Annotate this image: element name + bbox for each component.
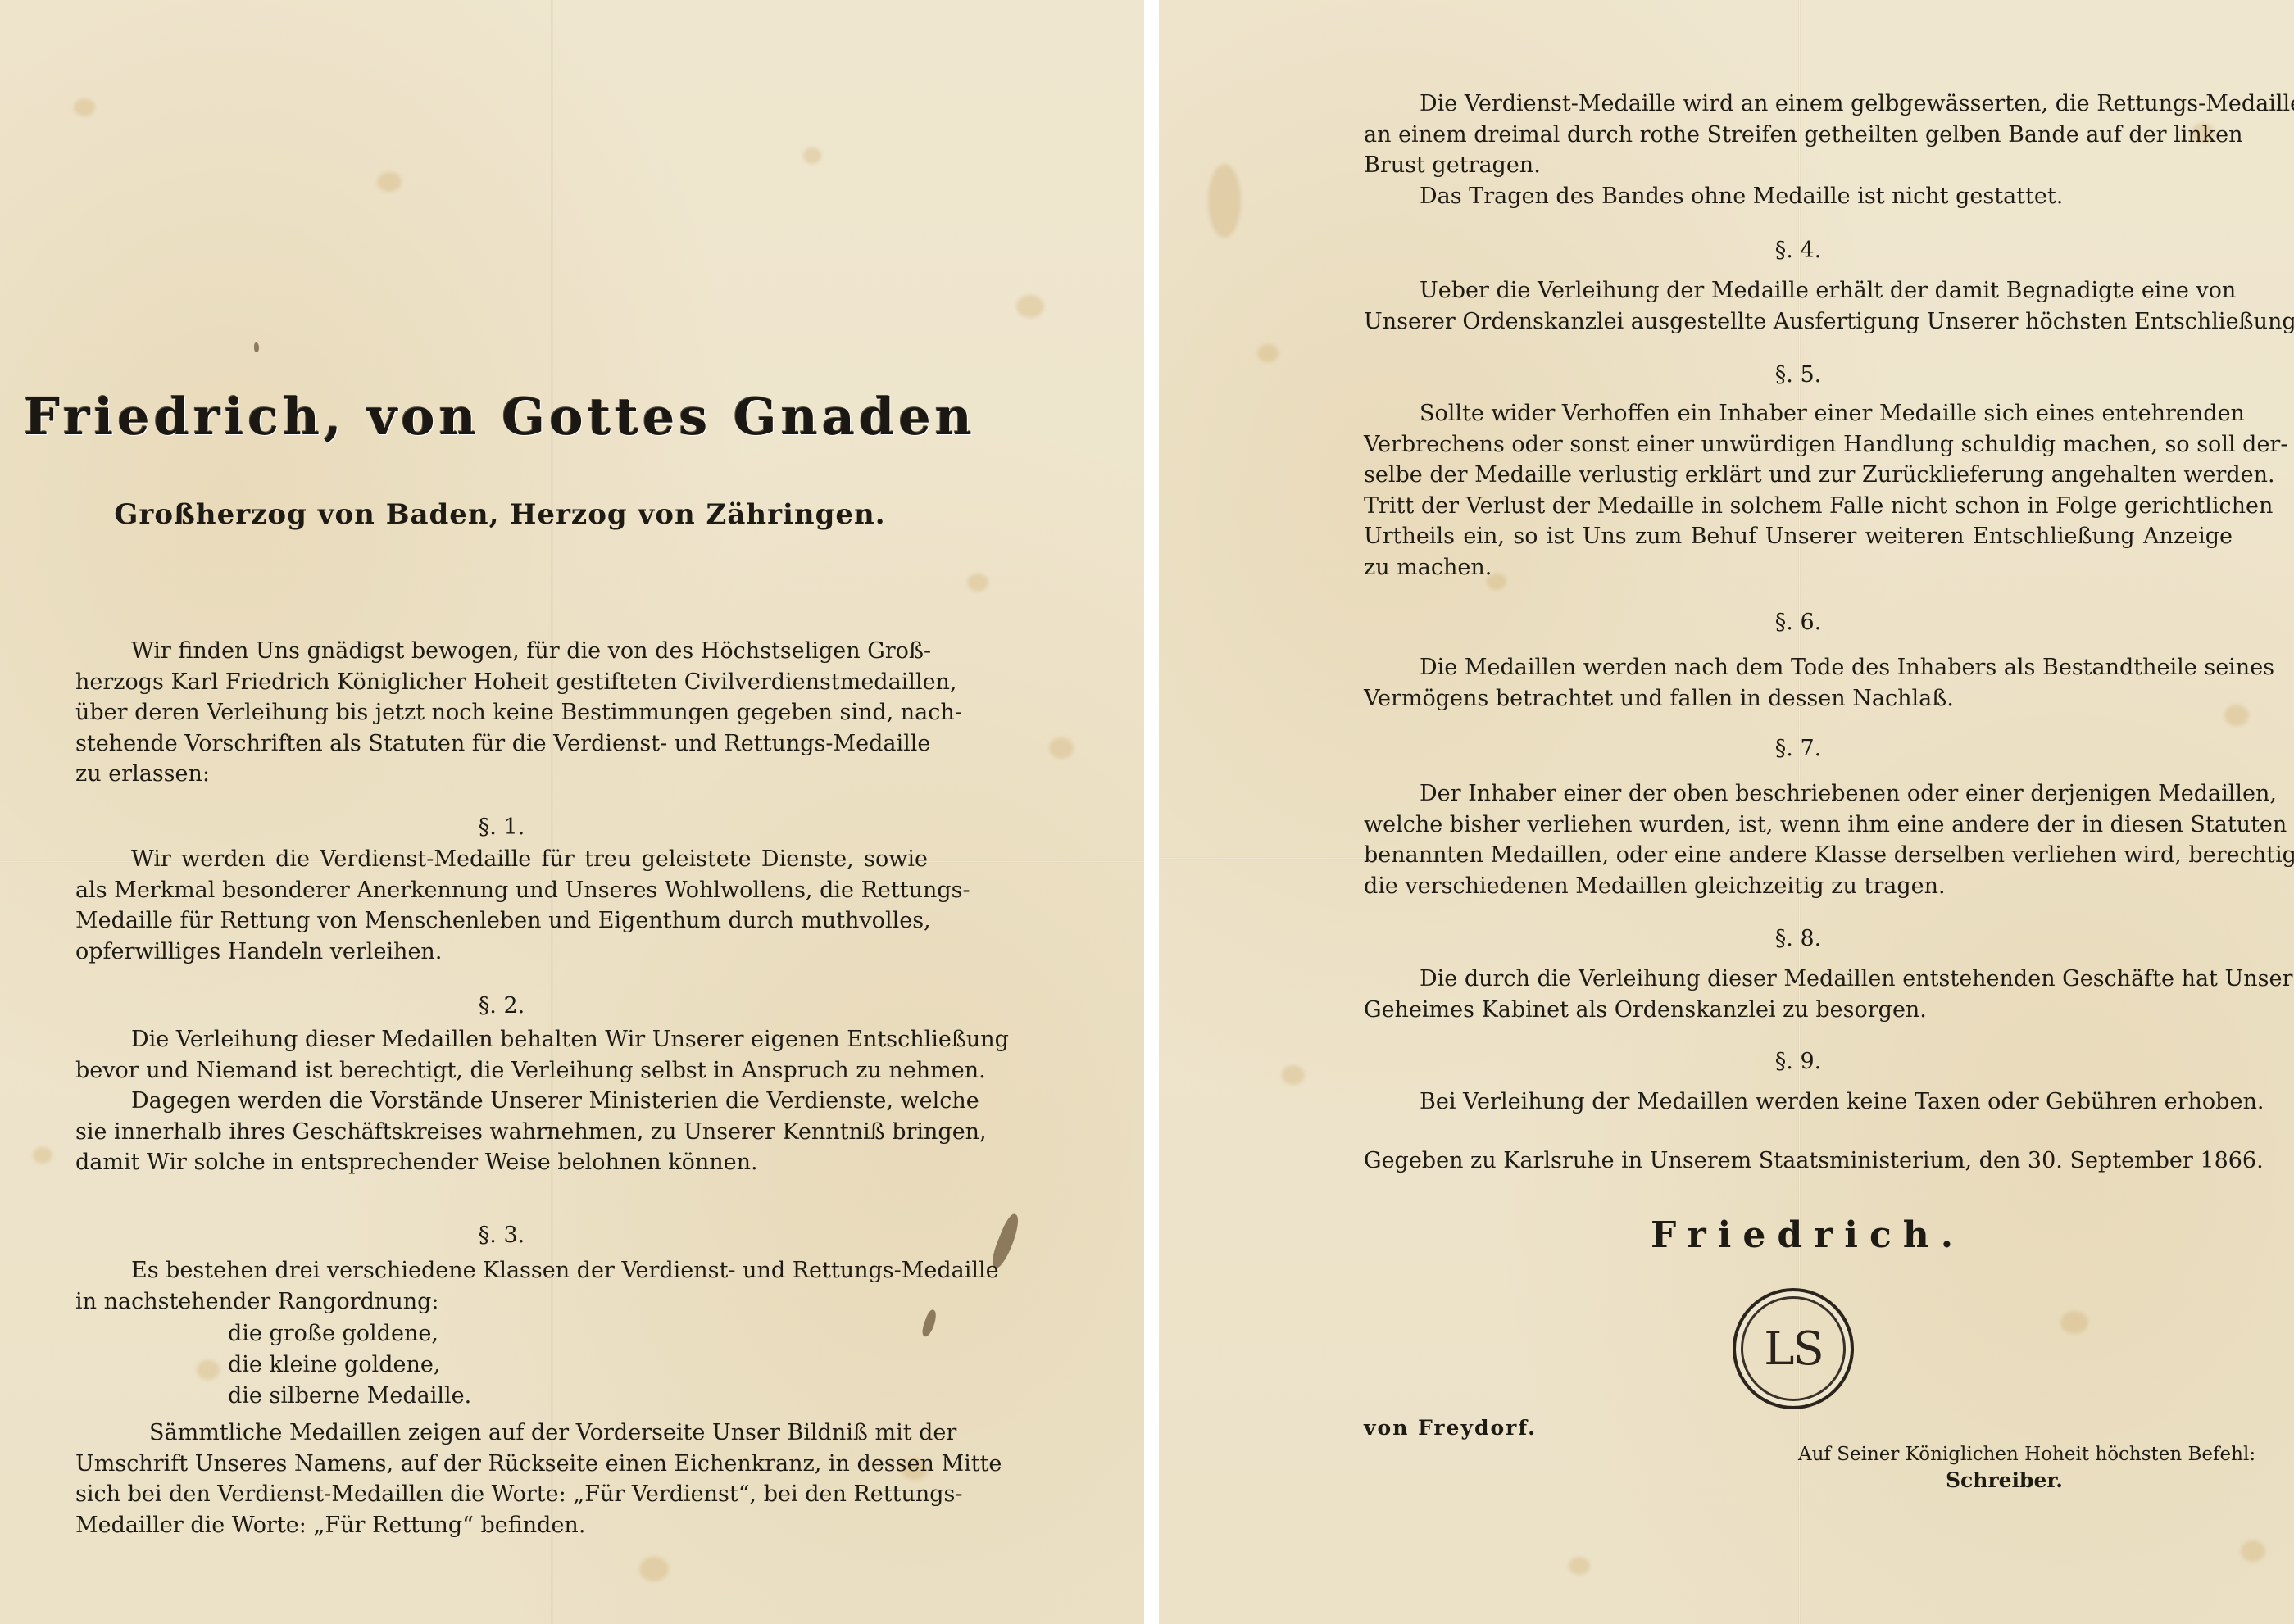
foxing-spot	[1569, 1557, 1590, 1575]
foxing-spot	[33, 1147, 52, 1164]
section-heading-3: §. 3.	[75, 1223, 928, 1248]
section-6-text: Die Medaillen werden nach dem Tode des I…	[1364, 652, 2233, 714]
countersign-freydorf: von Freydorf.	[1364, 1416, 1537, 1440]
left-page: Friedrich, von Gottes Gnaden Großherzog …	[0, 0, 1144, 1624]
foxing-spot	[803, 147, 821, 164]
foxing-spot	[967, 574, 988, 592]
section-4-text: Ueber die Verleihung der Medaille erhält…	[1364, 275, 2233, 337]
section-heading-1: §. 1.	[75, 814, 928, 840]
foxing-spot	[1257, 344, 1279, 362]
section-heading-4: §. 4.	[1364, 238, 2233, 263]
right-page: Die Verdienst-Medaille wird an einem gel…	[1159, 0, 2294, 1624]
foxing-spot	[1016, 295, 1044, 318]
continuation-text: Die Verdienst-Medaille wird an einem gel…	[1364, 88, 2233, 211]
dated-line: Gegeben zu Karlsruhe in Unserem Staatsmi…	[1364, 1145, 2233, 1177]
section-heading-8: §. 8.	[1364, 926, 2233, 951]
section-8-text: Die durch die Verleihung dieser Medaille…	[1364, 964, 2233, 1025]
section-9-text: Bei Verleihung der Medaillen werden kein…	[1364, 1086, 2233, 1118]
ink-stain	[254, 342, 259, 352]
document-title: Friedrich, von Gottes Gnaden	[0, 387, 1000, 447]
medal-class-item: die kleine goldene,	[228, 1352, 440, 1377]
preamble: Wir finden Uns gnädigst bewogen, für die…	[75, 636, 928, 790]
section-5-text: Sollte wider Verhoffen ein Inhaber einer…	[1364, 398, 2233, 583]
signature-friedrich: Friedrich.	[1651, 1214, 1965, 1256]
seal-ls: LS	[1733, 1288, 1854, 1409]
section-heading-5: §. 5.	[1364, 362, 2233, 388]
section-1-text: Wir werden die Verdienst-Medaille für tr…	[75, 844, 928, 967]
foxing-spot	[1208, 164, 1241, 238]
foxing-spot	[1049, 737, 1074, 759]
foxing-spot	[2060, 1311, 2088, 1334]
medal-class-item: die große goldene,	[228, 1321, 438, 1346]
foxing-spot	[197, 1360, 220, 1380]
countersign-schreiber: Schreiber.	[1946, 1468, 2063, 1492]
foxing-spot	[377, 172, 402, 192]
document-subtitle: Großherzog von Baden, Herzog von Zähring…	[0, 498, 1000, 531]
foxing-spot	[74, 98, 95, 116]
section-heading-7: §. 7.	[1364, 736, 2233, 761]
foxing-spot	[1282, 1065, 1305, 1085]
section-3-text-after: Sämmtliche Medaillen zeigen auf der Vord…	[75, 1418, 928, 1540]
countersign-command: Auf Seiner Königlichen Hoheit höchsten B…	[1798, 1444, 2255, 1465]
foxing-spot	[639, 1557, 669, 1581]
seal-text: LS	[1764, 1322, 1823, 1376]
section-heading-9: §. 9.	[1364, 1049, 2233, 1074]
section-2-text: Die Verleihung dieser Medaillen behalten…	[75, 1024, 928, 1178]
foxing-spot	[2241, 1540, 2265, 1562]
section-3-text: Es bestehen drei verschiedene Klassen de…	[75, 1255, 928, 1317]
section-heading-2: §. 2.	[75, 993, 928, 1018]
medal-class-item: die silberne Medaille.	[228, 1383, 471, 1409]
section-7-text: Der Inhaber einer der oben beschriebenen…	[1364, 778, 2233, 901]
section-heading-6: §. 6.	[1364, 610, 2233, 635]
paper-fold	[551, 0, 553, 1624]
